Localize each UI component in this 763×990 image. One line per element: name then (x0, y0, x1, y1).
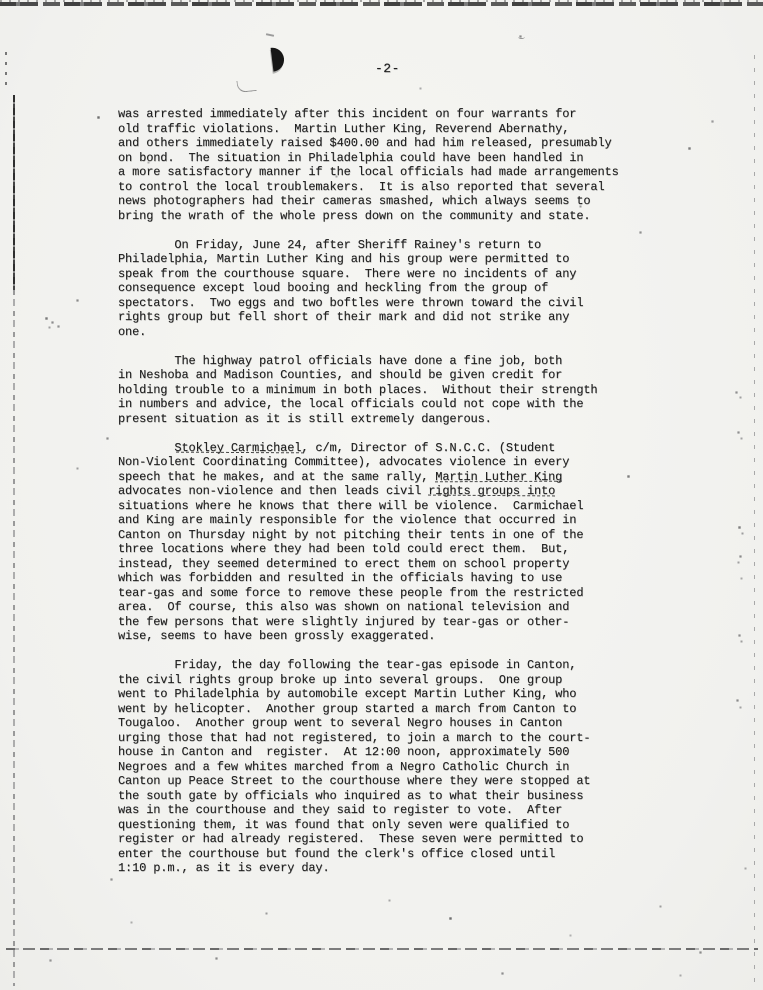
stray-dash-artifact (266, 33, 274, 37)
scan-noise-specks (0, 0, 1, 1)
ink-blob-artifact (271, 46, 286, 71)
paragraph-friday-groups: Friday, the day following the tear-gas e… (118, 658, 619, 876)
right-edge-line-artifact (754, 55, 755, 985)
pencil-curve-artifact (236, 79, 256, 93)
document-body: was arrested immediately after this inci… (118, 107, 619, 890)
paragraph-friday-june-24: On Friday, June 24, after Sheriff Rainey… (118, 238, 619, 340)
left-edge-binding-line-light (13, 290, 15, 986)
paragraph-arrest-bond: was arrested immediately after this inci… (118, 107, 619, 223)
scanned-document-page: -2- was arrested immediately after this … (0, 0, 763, 990)
paragraph-highway-patrol: The highway patrol officials have done a… (118, 354, 619, 427)
bottom-edge-dashed-line-artifact (6, 948, 758, 950)
page-number: -2- (375, 61, 400, 76)
stray-mark-artifact (518, 35, 525, 39)
left-edge-speck-artifact (5, 52, 7, 92)
left-edge-binding-line-dark (13, 95, 15, 290)
top-edge-dashed-line-artifact (0, 2, 763, 6)
paragraph-stokley-carmichael: Stokley Carmichael, c/m, Director of S.N… (118, 441, 619, 644)
